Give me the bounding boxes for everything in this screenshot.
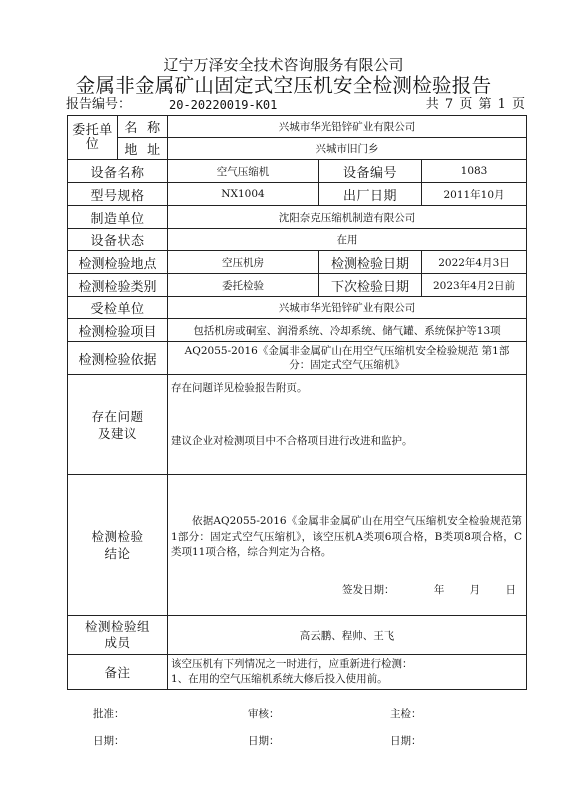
chief-inspector-label: 主检： [390, 706, 422, 721]
members-value: 高云鹏、程帅、王飞 [168, 616, 527, 655]
sign-date: 签发日期： 年 月 日 [171, 582, 522, 597]
members-label-line2: 成员 [68, 635, 167, 651]
remarks-row: 备注 该空压机有下列情况之一时进行，应重新进行检测： 1、在用的空气压缩机系统大… [68, 655, 527, 690]
approve-date-label: 日期： [93, 733, 125, 748]
equipment-name-value: 空气压缩机 [168, 160, 319, 183]
mfg-date-value: 2011年10月 [422, 183, 527, 206]
conclusion-label-line2: 结论 [68, 545, 167, 562]
conclusion-value: 依据AQ2055-2016《金属非金属矿山在用空气压缩机安全检验规范第1部分：固… [168, 475, 527, 616]
report-title: 金属非金属矿山固定式空压机安全检测检验报告 [0, 74, 567, 98]
issues-text-2: 建议企业对检测项目中不合格项目进行改进和监护。 [171, 433, 526, 448]
company-name: 辽宁万泽安全技术咨询服务有限公司 [0, 55, 567, 75]
model-row: 型号规格 NX1004 出厂日期 2011年10月 [68, 183, 527, 206]
items-row: 检测检验项目 包括机房或硐室、润滑系统、冷却系统、储气罐、系统保护等13项 [68, 319, 527, 342]
items-value: 包括机房或硐室、润滑系统、冷却系统、储气罐、系统保护等13项 [168, 319, 527, 342]
manufacturer-value: 沈阳奈克压缩机制造有限公司 [168, 206, 527, 229]
conclusion-label-line1: 检测检验 [68, 528, 167, 545]
issues-value: 存在问题详见检验报告附页。 建议企业对检测项目中不合格项目进行改进和监护。 [168, 375, 527, 475]
page-count: 共 7 页 第 1 页 [426, 97, 525, 113]
equipment-no-value: 1083 [422, 160, 527, 183]
equipment-name-row: 设备名称 空气压缩机 设备编号 1083 [68, 160, 527, 183]
status-row: 设备状态 在用 [68, 229, 527, 251]
inspected-unit-value: 兴城市华光铅锌矿业有限公司 [168, 297, 527, 319]
report-table: 委托单位 名 称 兴城市华光铅锌矿业有限公司 地 址 兴城市旧门乡 设备名称 空… [67, 115, 527, 690]
mfg-date-label: 出厂日期 [319, 183, 422, 206]
issues-row: 存在问题 及建议 存在问题详见检验报告附页。 建议企业对检测项目中不合格项目进行… [68, 375, 527, 475]
status-value: 在用 [168, 229, 527, 251]
sign-day: 日 [506, 584, 517, 596]
inspection-date-label: 检测检验日期 [319, 251, 422, 274]
sign-year: 年 [434, 584, 445, 596]
model-value: NX1004 [168, 183, 319, 206]
basis-row: 检测检验依据 AQ2055-2016《金属非金属矿山在用空气压缩机安全检验规范 … [68, 342, 527, 375]
remarks-line-2: 1、在用的空气压缩机系统大修后投入使用前。 [171, 672, 526, 687]
basis-label: 检测检验依据 [68, 342, 168, 375]
issues-text-1: 存在问题详见检验报告附页。 [171, 380, 526, 395]
next-date-value: 2023年4月2日前 [422, 274, 527, 297]
remarks-label: 备注 [68, 655, 168, 690]
members-label-line1: 检测检验组 [68, 619, 167, 635]
report-no-label: 报告编号： [66, 97, 131, 113]
chief-date-label: 日期： [390, 733, 422, 748]
client-group-text: 委托单位 [72, 123, 113, 152]
location-value: 空压机房 [168, 251, 319, 274]
type-label: 检测检验类别 [68, 274, 168, 297]
client-address-row: 地 址 兴城市旧门乡 [68, 138, 527, 160]
remarks-line-1: 该空压机有下列情况之一时进行，应重新进行检测： [171, 657, 526, 672]
items-label: 检测检验项目 [68, 319, 168, 342]
conclusion-text: 依据AQ2055-2016《金属非金属矿山在用空气压缩机安全检验规范第1部分：固… [171, 514, 522, 561]
remarks-value: 该空压机有下列情况之一时进行，应重新进行检测： 1、在用的空气压缩机系统大修后投… [168, 655, 527, 690]
sign-date-label: 签发日期： [342, 584, 395, 596]
client-name-value: 兴城市华光铅锌矿业有限公司 [168, 116, 527, 138]
client-address-label: 地 址 [118, 138, 168, 160]
next-date-label: 下次检验日期 [319, 274, 422, 297]
client-name-row: 委托单位 名 称 兴城市华光铅锌矿业有限公司 [68, 116, 527, 138]
issues-label-line1: 存在问题 [68, 408, 167, 425]
issues-label: 存在问题 及建议 [68, 375, 168, 475]
basis-value: AQ2055-2016《金属非金属矿山在用空气压缩机安全检验规范 第1部分：固定… [168, 342, 527, 375]
location-row: 检测检验地点 空压机房 检测检验日期 2022年4月3日 [68, 251, 527, 274]
status-label: 设备状态 [68, 229, 168, 251]
conclusion-row: 检测检验 结论 依据AQ2055-2016《金属非金属矿山在用空气压缩机安全检验… [68, 475, 527, 616]
report-no: 20-20220019-K01 [169, 97, 277, 113]
model-label: 型号规格 [68, 183, 168, 206]
review-date-label: 日期： [248, 733, 280, 748]
client-name-label: 名 称 [118, 116, 168, 138]
inspected-unit-label: 受检单位 [68, 297, 168, 319]
type-value: 委托检验 [168, 274, 319, 297]
client-address-value: 兴城市旧门乡 [168, 138, 527, 160]
manufacturer-row: 制造单位 沈阳奈克压缩机制造有限公司 [68, 206, 527, 229]
equipment-no-label: 设备编号 [319, 160, 422, 183]
members-row: 检测检验组 成员 高云鹏、程帅、王飞 [68, 616, 527, 655]
type-row: 检测检验类别 委托检验 下次检验日期 2023年4月2日前 [68, 274, 527, 297]
inspected-unit-row: 受检单位 兴城市华光铅锌矿业有限公司 [68, 297, 527, 319]
inspection-date-value: 2022年4月3日 [422, 251, 527, 274]
review-label: 审核： [248, 706, 280, 721]
equipment-name-label: 设备名称 [68, 160, 168, 183]
manufacturer-label: 制造单位 [68, 206, 168, 229]
issues-label-line2: 及建议 [68, 425, 167, 442]
location-label: 检测检验地点 [68, 251, 168, 274]
conclusion-label: 检测检验 结论 [68, 475, 168, 616]
members-label: 检测检验组 成员 [68, 616, 168, 655]
client-group-label: 委托单位 [68, 116, 118, 160]
sign-month: 月 [470, 584, 481, 596]
approve-label: 批准： [93, 706, 125, 721]
